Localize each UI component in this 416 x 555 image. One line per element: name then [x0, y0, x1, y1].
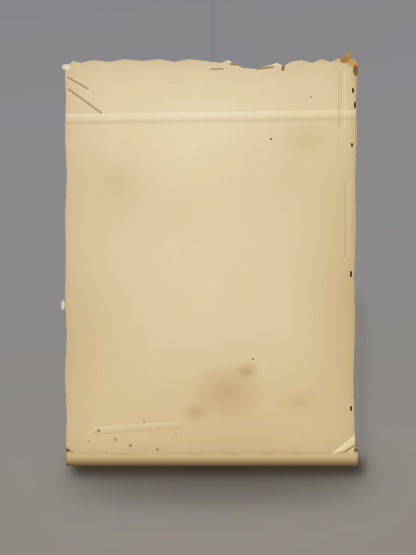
photo-of-book-cover	[0, 0, 416, 555]
paper-surface	[62, 56, 358, 457]
book-cover	[62, 56, 358, 457]
book-shadow-right-edge	[357, 300, 364, 460]
background-seam-line	[212, 0, 214, 62]
